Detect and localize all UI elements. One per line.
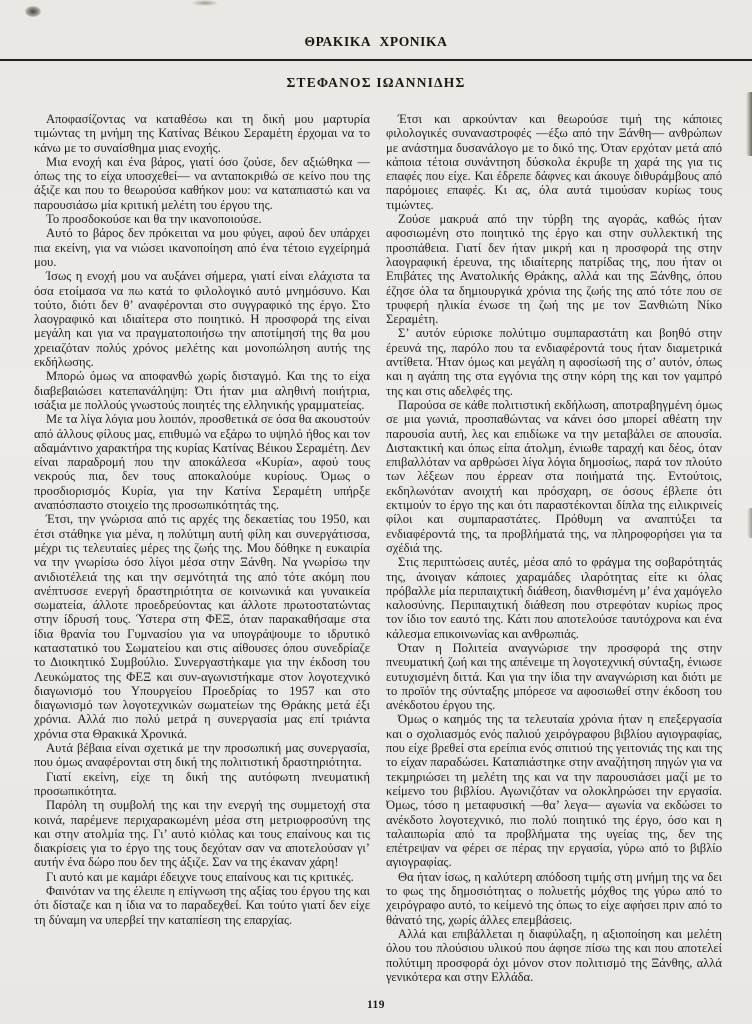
paragraph: Έτσι και αρκούνταν και θεωρούσε τιμή της… <box>386 112 722 212</box>
paragraph: Στις περιπτώσεις αυτές, μέσα από το φράγ… <box>386 555 722 641</box>
paragraph: Όμως ο καημός της τα τελευταία χρόνια ήτ… <box>386 712 722 869</box>
paragraph: Παρόλη τη συμβολή της και την ενεργή της… <box>34 798 370 869</box>
paragraph: Μια ενοχή και ένα βάρος, γιατί όσο ζούσε… <box>34 155 370 212</box>
paragraph: Έτσι, την γνώρισα από τις αρχές της δεκα… <box>34 512 370 741</box>
author-name: ΣΤΕΦΑΝΟΣ ΙΩΑΝΝΙΔΗΣ <box>0 75 752 91</box>
paragraph: Παρούσα σε κάθε πολιτιστική εκδήλωση, απ… <box>386 398 722 555</box>
header-rule <box>0 59 752 61</box>
text-columns: Αποφασίζοντας να καταθέσω και τη δική μο… <box>0 112 752 998</box>
paragraph: Με τα λίγα λόγια μου λοιπόν, προσθετικά … <box>34 412 370 512</box>
paragraph: Αλλά και επιβάλλεται η διαφύλαξη, η αξιο… <box>386 927 722 984</box>
document-page: ΘΡΑΚΙΚΑ ΧΡΟΝΙΚΑ ΣΤΕΦΑΝΟΣ ΙΩΑΝΝΙΔΗΣ Αποφα… <box>0 0 752 1024</box>
paragraph: Θα ήταν ίσως, η καλύτερη απόδοση τιμής σ… <box>386 870 722 927</box>
paragraph: Αποφασίζοντας να καταθέσω και τη δική μο… <box>34 112 370 155</box>
paragraph: Μπορώ όμως να αποφανθώ χωρίς δισταγμό. Κ… <box>34 369 370 412</box>
paragraph: Γι αυτό και με καμάρι έδειχνε τους επαίν… <box>34 870 370 884</box>
paragraph: Όταν η Πολιτεία αναγνώρισε την προσφορά … <box>386 641 722 712</box>
paragraph: Ίσως η ενοχή μου να αυξάνει σήμερα, γιατ… <box>34 269 370 369</box>
scan-artifact-smudge <box>192 0 218 6</box>
paragraph: Γιατί εκείνη, είχε τη δική της αυτόφωτη … <box>34 770 370 799</box>
paragraph: Το προσδοκούσε και θα την ικανοποιούσε. <box>34 212 370 226</box>
right-column: Έτσι και αρκούνταν και θεωρούσε τιμή της… <box>386 112 722 998</box>
left-column: Αποφασίζοντας να καταθέσω και τη δική μο… <box>34 112 370 998</box>
journal-title: ΘΡΑΚΙΚΑ ΧΡΟΝΙΚΑ <box>0 34 752 50</box>
scan-artifact-blot <box>25 6 41 17</box>
paragraph: Ζούσε μακρυά από την τύρβη της αγοράς, κ… <box>386 212 722 326</box>
paragraph: Αυτό το βάρος δεν πρόκειται να μου φύγει… <box>34 226 370 269</box>
paragraph: Σ’ αυτόν εύρισκε πολύτιμο συμπαραστάτη κ… <box>386 326 722 397</box>
paragraph: Αυτά βέβαια είναι σχετικά με την προσωπι… <box>34 741 370 770</box>
page-number: 119 <box>0 999 752 1011</box>
paragraph: Φαινόταν να της έλειπε η επίγνωση της αξ… <box>34 884 370 927</box>
